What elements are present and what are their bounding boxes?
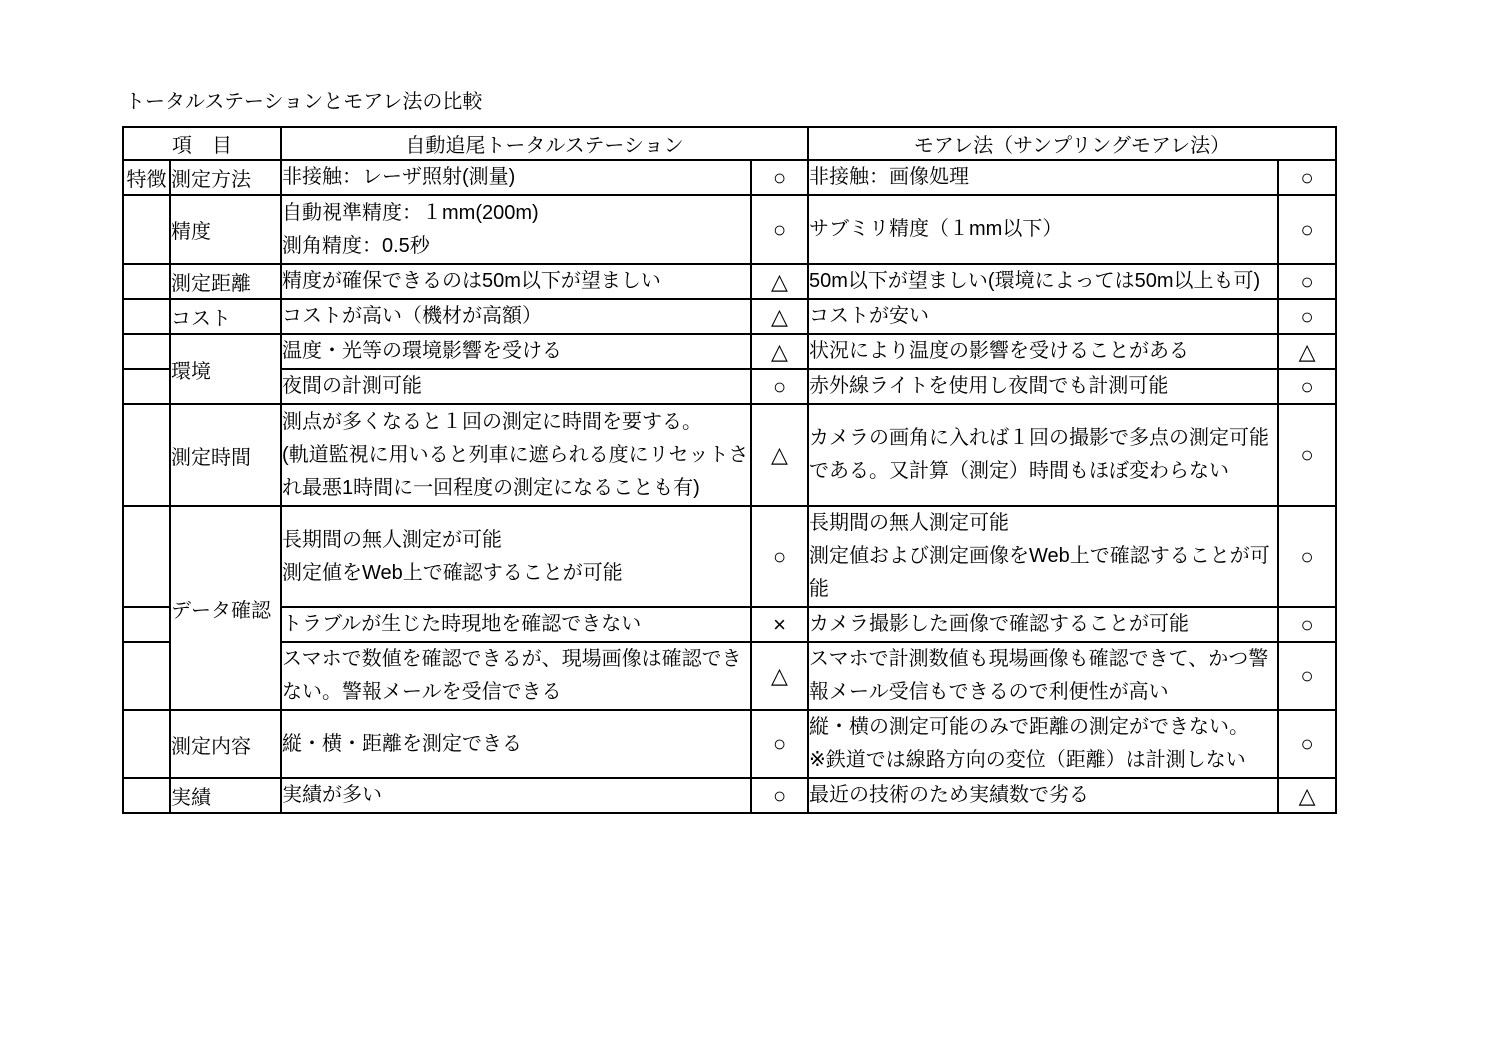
ts-mark-cell: △ — [751, 334, 808, 369]
moire-mark-cell: ○ — [1278, 506, 1336, 607]
table-row-cost: コスト コストが高い（機材が高額） △ コストが安い ○ — [123, 299, 1336, 334]
table-row-data-check-unmanned: データ確認 長期間の無人測定が可能 測定値をWeb上で確認することが可能 ○ 長… — [123, 506, 1336, 607]
header-item: 項 目 — [123, 127, 281, 160]
category-cell: 測定内容 — [170, 710, 281, 778]
moire-mark-cell: ○ — [1278, 195, 1336, 264]
ts-mark-cell: ○ — [751, 369, 808, 404]
moire-text-cell: 非接触：画像処理 — [808, 160, 1278, 195]
table-row-track-record: 実績 実績が多い ○ 最近の技術のため実績数で劣る △ — [123, 778, 1336, 813]
table-row-accuracy: 精度 自動視準精度：１mm(200m) 測角精度：0.5秒 ○ サブミリ精度（１… — [123, 195, 1336, 264]
moire-text-cell: カメラ撮影した画像で確認することが可能 — [808, 607, 1278, 642]
moire-text-cell: 状況により温度の影響を受けることがある — [808, 334, 1278, 369]
ts-text-cell: 夜間の計測可能 — [281, 369, 751, 404]
moire-mark-cell: ○ — [1278, 710, 1336, 778]
table-row-measurement-time: 測定時間 測点が多くなると１回の測定に時間を要する。 (軌道監視に用いると列車に… — [123, 404, 1336, 506]
table-row-environment-night: 夜間の計測可能 ○ 赤外線ライトを使用し夜間でも計測可能 ○ — [123, 369, 1336, 404]
feature-cell — [123, 642, 170, 710]
table-row-measurement-content: 測定内容 縦・横・距離を測定できる ○ 縦・横の測定可能のみで距離の測定ができな… — [123, 710, 1336, 778]
moire-mark-cell: ○ — [1278, 642, 1336, 710]
header-row: 項 目 自動追尾トータルステーション モアレ法（サンプリングモアレ法） — [123, 127, 1336, 160]
ts-mark-cell: ○ — [751, 160, 808, 195]
feature-cell — [123, 710, 170, 778]
feature-cell — [123, 369, 170, 404]
ts-mark-cell: ○ — [751, 778, 808, 813]
table-row-measurement-distance: 測定距離 精度が確保できるのは50m以下が望ましい △ 50m以下が望ましい(環… — [123, 264, 1336, 299]
category-cell: 精度 — [170, 195, 281, 264]
ts-text-cell: 長期間の無人測定が可能 測定値をWeb上で確認することが可能 — [281, 506, 751, 607]
category-cell: コスト — [170, 299, 281, 334]
moire-mark-cell: ○ — [1278, 607, 1336, 642]
ts-mark-cell: ○ — [751, 710, 808, 778]
ts-text-cell: 自動視準精度：１mm(200m) 測角精度：0.5秒 — [281, 195, 751, 264]
moire-mark-cell: ○ — [1278, 369, 1336, 404]
ts-text-cell: 精度が確保できるのは50m以下が望ましい — [281, 264, 751, 299]
moire-text-cell: カメラの画角に入れば１回の撮影で多点の測定可能である。又計算（測定）時間もほぼ変… — [808, 404, 1278, 506]
ts-text-cell: 温度・光等の環境影響を受ける — [281, 334, 751, 369]
category-cell: 実績 — [170, 778, 281, 813]
ts-text-cell: スマホで数値を確認できるが、現場画像は確認できない。警報メールを受信できる — [281, 642, 751, 710]
table-row-environment-temperature: 環境 温度・光等の環境影響を受ける △ 状況により温度の影響を受けることがある … — [123, 334, 1336, 369]
moire-mark-cell: △ — [1278, 334, 1336, 369]
category-cell: 環境 — [170, 334, 281, 404]
feature-cell — [123, 404, 170, 506]
moire-text-cell: スマホで計測数値も現場画像も確認できて、かつ警報メール受信もできるので利便性が高… — [808, 642, 1278, 710]
ts-text-cell: 非接触：レーザ照射(測量) — [281, 160, 751, 195]
feature-cell — [123, 299, 170, 334]
moire-mark-cell: ○ — [1278, 299, 1336, 334]
ts-text-cell: 縦・横・距離を測定できる — [281, 710, 751, 778]
category-cell: 測定方法 — [170, 160, 281, 195]
feature-cell — [123, 778, 170, 813]
page-title: トータルステーションとモアレ法の比較 — [125, 90, 1497, 114]
table-row-data-check-smartphone: スマホで数値を確認できるが、現場画像は確認できない。警報メールを受信できる △ … — [123, 642, 1336, 710]
header-moire: モアレ法（サンプリングモアレ法） — [808, 127, 1336, 160]
ts-text-cell: コストが高い（機材が高額） — [281, 299, 751, 334]
header-total-station: 自動追尾トータルステーション — [281, 127, 808, 160]
table-row-data-check-trouble: トラブルが生じた時現地を確認できない × カメラ撮影した画像で確認することが可能… — [123, 607, 1336, 642]
moire-mark-cell: ○ — [1278, 160, 1336, 195]
moire-text-cell: サブミリ精度（１mm以下） — [808, 195, 1278, 264]
document-page: トータルステーションとモアレ法の比較 項 目 自動追尾トータルステーション モア… — [0, 0, 1497, 1058]
category-cell: 測定距離 — [170, 264, 281, 299]
feature-cell — [123, 195, 170, 264]
table-row-measurement-method: 特徴 測定方法 非接触：レーザ照射(測量) ○ 非接触：画像処理 ○ — [123, 160, 1336, 195]
moire-text-cell: 最近の技術のため実績数で劣る — [808, 778, 1278, 813]
ts-mark-cell: × — [751, 607, 808, 642]
moire-mark-cell: △ — [1278, 778, 1336, 813]
moire-text-cell: 長期間の無人測定可能 測定値および測定画像をWeb上で確認することが可能 — [808, 506, 1278, 607]
ts-mark-cell: △ — [751, 642, 808, 710]
ts-mark-cell: △ — [751, 264, 808, 299]
feature-cell: 特徴 — [123, 160, 170, 195]
moire-text-cell: コストが安い — [808, 299, 1278, 334]
ts-text-cell: 測点が多くなると１回の測定に時間を要する。 (軌道監視に用いると列車に遮られる度… — [281, 404, 751, 506]
ts-text-cell: 実績が多い — [281, 778, 751, 813]
feature-cell — [123, 506, 170, 607]
moire-mark-cell: ○ — [1278, 264, 1336, 299]
category-cell: 測定時間 — [170, 404, 281, 506]
comparison-table: 項 目 自動追尾トータルステーション モアレ法（サンプリングモアレ法） 特徴 測… — [122, 126, 1337, 814]
feature-cell — [123, 607, 170, 642]
category-cell: データ確認 — [170, 506, 281, 710]
moire-mark-cell: ○ — [1278, 404, 1336, 506]
ts-text-cell: トラブルが生じた時現地を確認できない — [281, 607, 751, 642]
feature-cell — [123, 334, 170, 369]
feature-cell — [123, 264, 170, 299]
moire-text-cell: 50m以下が望ましい(環境によっては50m以上も可) — [808, 264, 1278, 299]
ts-mark-cell: ○ — [751, 195, 808, 264]
moire-text-cell: 赤外線ライトを使用し夜間でも計測可能 — [808, 369, 1278, 404]
ts-mark-cell: △ — [751, 299, 808, 334]
moire-text-cell: 縦・横の測定可能のみで距離の測定ができない。 ※鉄道では線路方向の変位（距離）は… — [808, 710, 1278, 778]
ts-mark-cell: ○ — [751, 506, 808, 607]
ts-mark-cell: △ — [751, 404, 808, 506]
